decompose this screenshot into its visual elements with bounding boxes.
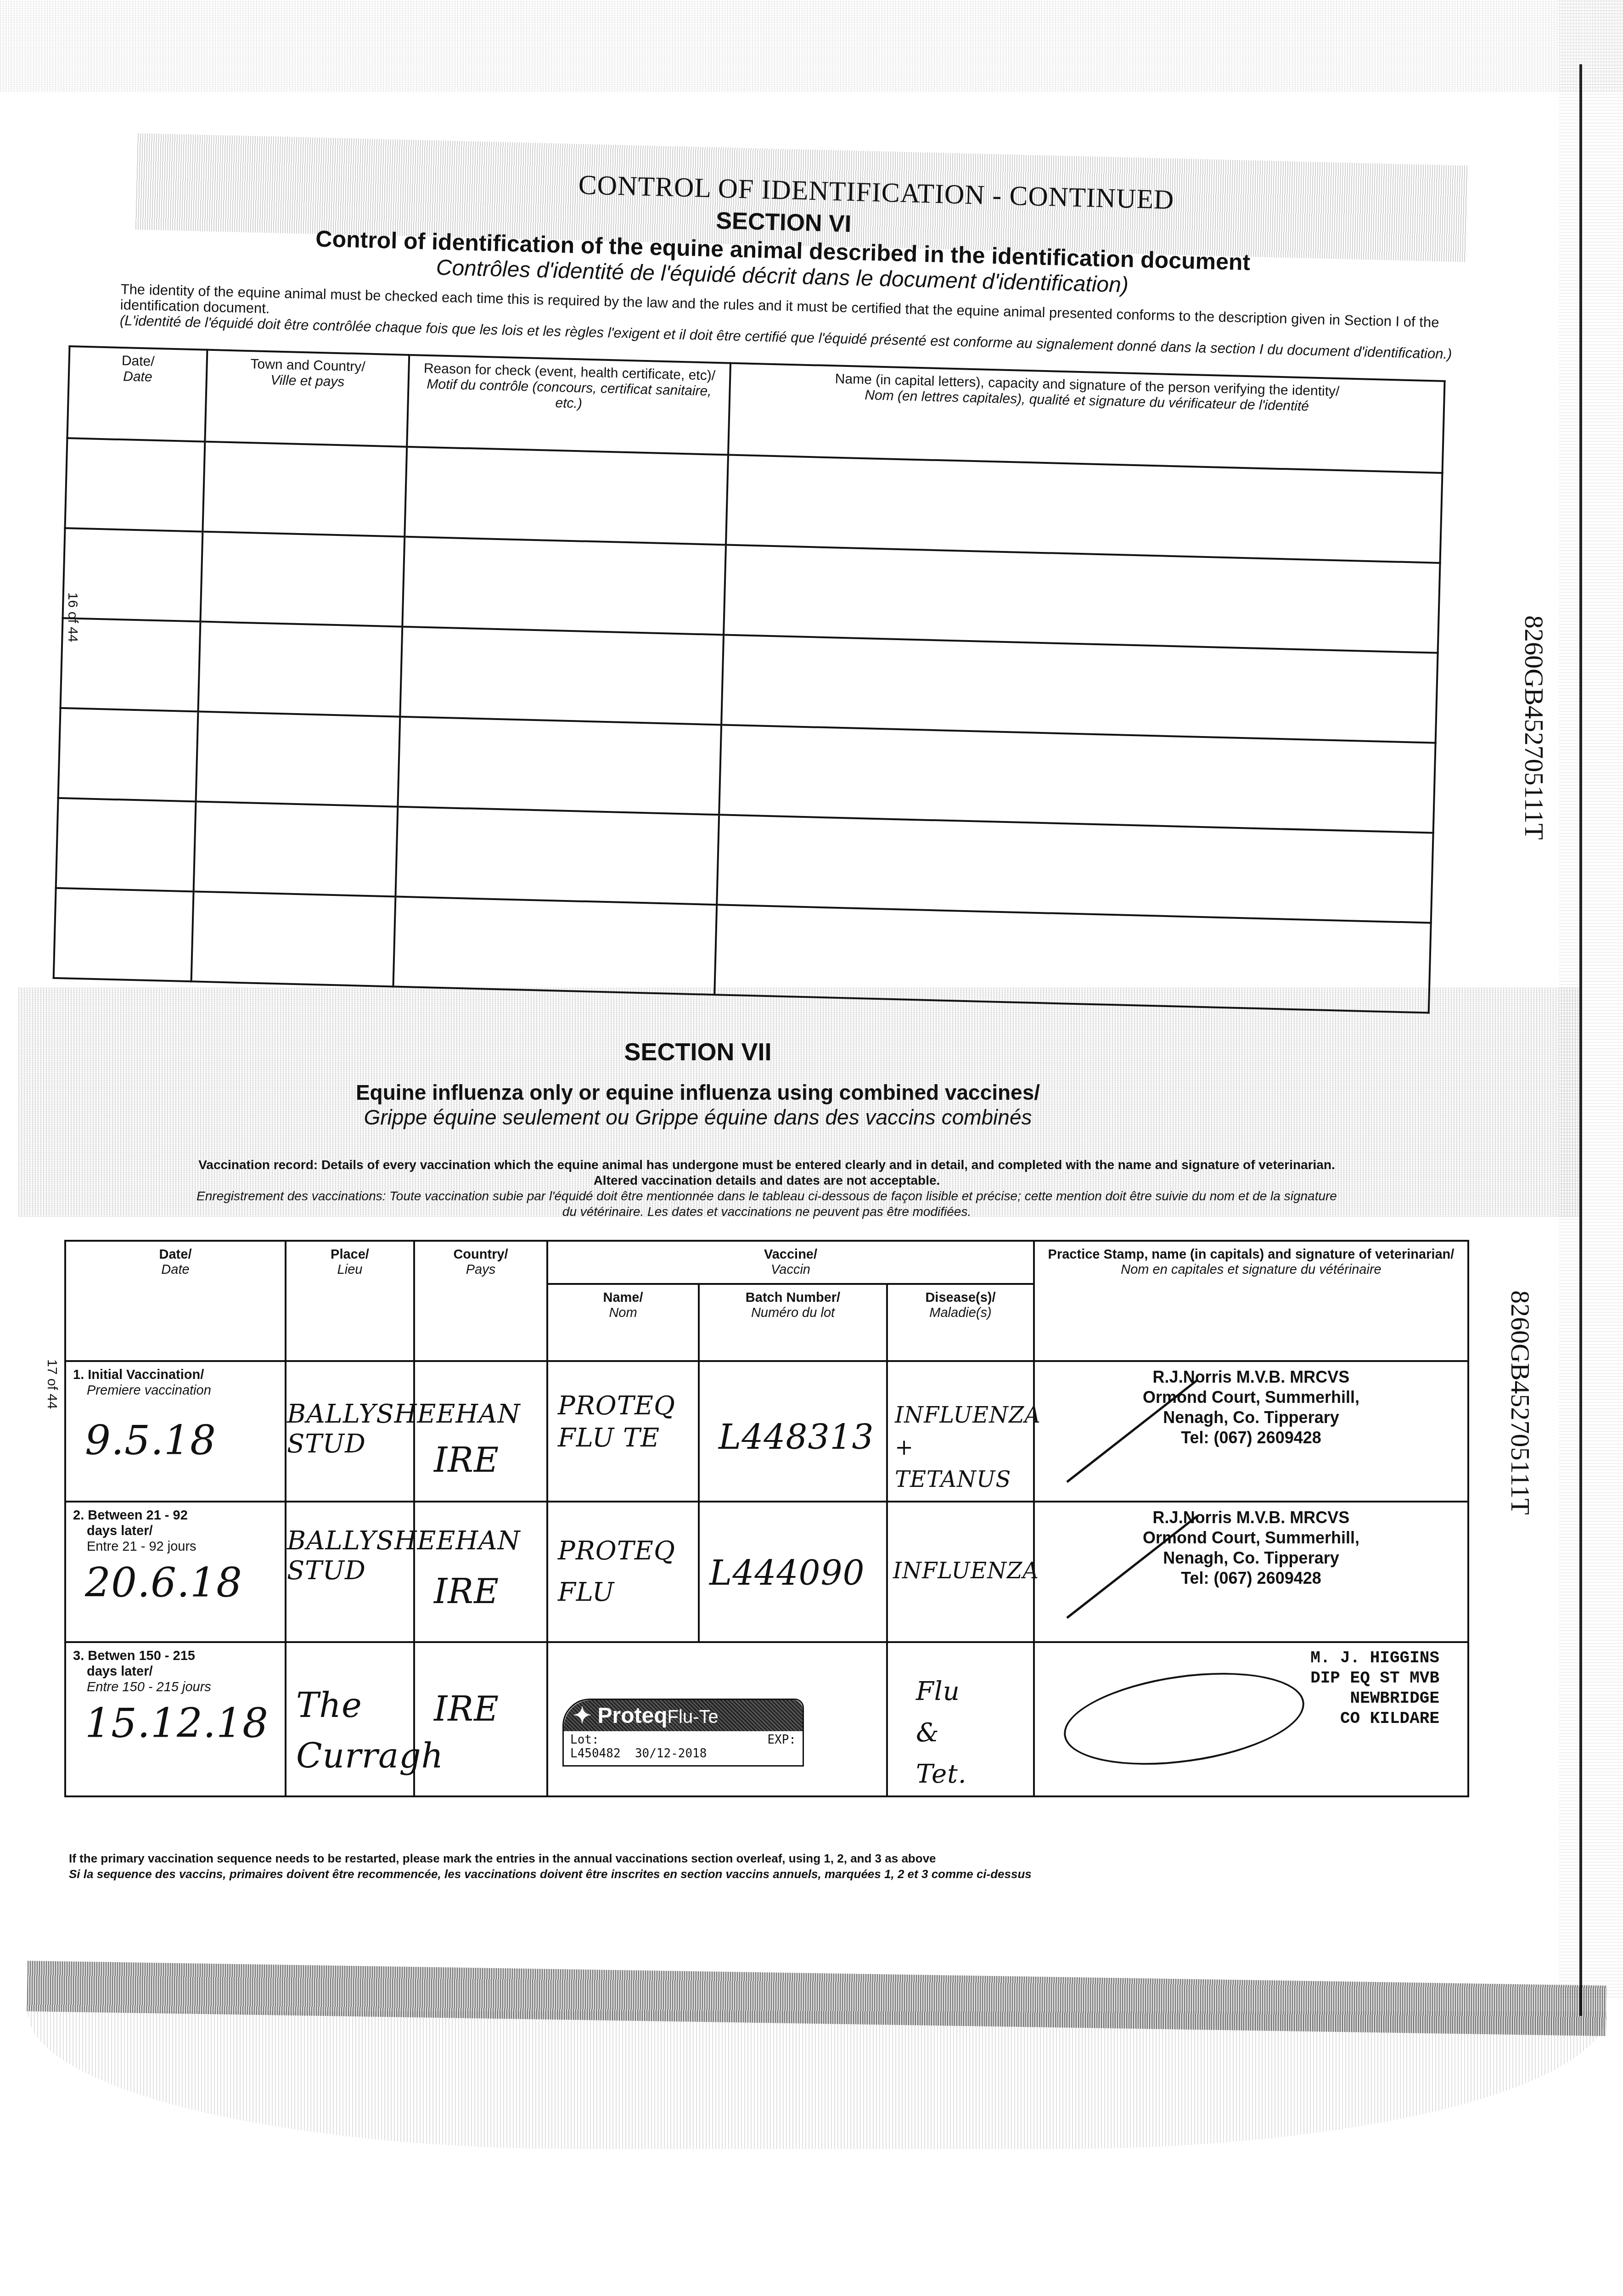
- vet-stamp: M. J. HIGGINS DIP EQ ST MVB NEWBRIDGE CO…: [1035, 1643, 1467, 1729]
- table-row: 2. Between 21 - 92 days later/ Entre 21 …: [65, 1502, 1468, 1642]
- date-cell[interactable]: 3. Betwen 150 - 215 days later/ Entre 15…: [65, 1642, 286, 1796]
- vaccine-sticker: ✦ ProteqFlu-Te Lot:EXP: L450482 30/12-20…: [562, 1699, 804, 1767]
- col-vaccine: Vaccine/Vaccin: [547, 1241, 1034, 1284]
- row-label-fr: Premiere vaccination: [73, 1383, 278, 1398]
- verifier-cell[interactable]: [724, 545, 1440, 653]
- reason-cell[interactable]: [402, 537, 726, 635]
- col-disease: Disease(s)/Maladie(s): [887, 1284, 1034, 1361]
- row-label-fr: Entre 21 - 92 jours: [73, 1539, 278, 1554]
- reason-cell[interactable]: [400, 627, 724, 725]
- row-label-extra: days later/: [73, 1523, 278, 1539]
- footnote-en: If the primary vaccination sequence need…: [69, 1851, 1032, 1866]
- reason-cell[interactable]: [398, 717, 721, 815]
- section-vii: SECTION VII Equine influenza only or equ…: [64, 1038, 1469, 1797]
- date-cell[interactable]: 1. Initial Vaccination/ Premiere vaccina…: [65, 1361, 286, 1502]
- table-row: 3. Betwen 150 - 215 days later/ Entre 15…: [65, 1642, 1468, 1796]
- country-value: IRE: [416, 1503, 546, 1611]
- table-row: 1. Initial Vaccination/ Premiere vaccina…: [65, 1361, 1468, 1502]
- verifier-cell[interactable]: [714, 905, 1431, 1013]
- town-cell[interactable]: [191, 891, 396, 986]
- col-place: Place/Lieu: [286, 1241, 414, 1361]
- batch-cell[interactable]: L444090: [699, 1502, 887, 1642]
- vaccine-product: Flu-Te: [668, 1707, 719, 1727]
- page-number-top: 16 of 44: [65, 592, 80, 642]
- col-country: Country/Pays: [414, 1241, 547, 1361]
- vaccine-name-value: PROTEQ FLU TE: [549, 1362, 697, 1454]
- page-edge: [1579, 64, 1582, 2016]
- date-cell[interactable]: [63, 528, 203, 622]
- verifier-cell[interactable]: [717, 815, 1433, 923]
- stamp-cell: R.J.Norris M.V.B. MRCVS Ormond Court, Su…: [1034, 1502, 1468, 1642]
- place-value: The Curragh: [287, 1643, 413, 1781]
- col-vaccine-name: Name/Nom: [547, 1284, 699, 1361]
- date-cell[interactable]: [54, 888, 194, 982]
- vaccine-lot: L450482: [570, 1747, 621, 1761]
- page-number-bottom: 17 of 44: [44, 1359, 60, 1409]
- vaccine-name-cell[interactable]: PROTEQ FLU: [547, 1502, 699, 1642]
- row-label-extra: days later/: [73, 1664, 278, 1679]
- country-value: IRE: [416, 1643, 546, 1729]
- batch-cell[interactable]: L448313: [699, 1361, 887, 1502]
- col-reason: Reason for check (event, health certific…: [407, 355, 730, 455]
- date-cell[interactable]: [61, 618, 201, 712]
- reason-cell[interactable]: [404, 447, 728, 545]
- date-cell[interactable]: 2. Between 21 - 92 days later/ Entre 21 …: [65, 1502, 286, 1642]
- stamp-cell: M. J. HIGGINS DIP EQ ST MVB NEWBRIDGE CO…: [1034, 1642, 1468, 1796]
- row-label-en: 3. Betwen 150 - 215: [73, 1649, 195, 1663]
- drop-icon: ✦: [573, 1704, 591, 1728]
- side-id-bottom: 8260GB452705111T: [1505, 1290, 1536, 1515]
- vaccine-exp: 30/12-2018: [635, 1747, 707, 1761]
- date-cell[interactable]: [56, 798, 196, 892]
- town-cell[interactable]: [194, 801, 398, 896]
- date-cell[interactable]: [65, 438, 205, 532]
- stamp-cell: R.J.Norris M.V.B. MRCVS Ormond Court, Su…: [1034, 1361, 1468, 1502]
- row-label-fr: Entre 150 - 215 jours: [73, 1679, 278, 1695]
- scan-noise-top: [0, 0, 1623, 92]
- disease-cell[interactable]: INFLUENZA: [887, 1502, 1034, 1642]
- town-cell[interactable]: [198, 622, 402, 717]
- disease-value: Flu & Tet.: [888, 1643, 989, 1795]
- disease-cell[interactable]: INFLUENZA + TETANUS: [887, 1361, 1034, 1502]
- town-cell[interactable]: [196, 712, 400, 807]
- disease-value: INFLUENZA + TETANUS: [888, 1362, 1033, 1496]
- col-practice-stamp: Practice Stamp, name (in capitals) and s…: [1034, 1241, 1468, 1361]
- batch-value: L448313: [700, 1362, 886, 1457]
- vaccination-date: 9.5.18: [67, 1417, 284, 1464]
- row-label-en: 2. Between 21 - 92: [73, 1508, 188, 1523]
- vet-stamp: R.J.Norris M.V.B. MRCVS Ormond Court, Su…: [1035, 1503, 1467, 1588]
- col-town-country: Town and Country/Ville et pays: [205, 350, 409, 447]
- town-cell[interactable]: [202, 442, 407, 537]
- vaccination-intro-en: Vaccination record: Details of every vac…: [64, 1157, 1469, 1188]
- section-vi: CONTROL OF IDENTIFICATION - CONTINUED SE…: [48, 156, 1501, 1015]
- vet-stamp: R.J.Norris M.V.B. MRCVS Ormond Court, Su…: [1035, 1362, 1467, 1448]
- scan-noise-bottom: [28, 2011, 1607, 2149]
- col-date: Date/Date: [65, 1241, 286, 1361]
- footnote: If the primary vaccination sequence need…: [69, 1851, 1032, 1882]
- town-cell[interactable]: [200, 532, 404, 627]
- vaccine-name-value: PROTEQ FLU: [549, 1503, 697, 1613]
- vaccination-date: 20.6.18: [67, 1559, 284, 1606]
- col-date: Date/Date: [67, 346, 207, 442]
- country-cell[interactable]: IRE: [414, 1502, 547, 1642]
- verifier-cell[interactable]: [721, 635, 1438, 743]
- vaccination-date: 15.12.18: [67, 1699, 284, 1747]
- verifier-cell[interactable]: [719, 725, 1435, 833]
- identity-check-table: Date/Date Town and Country/Ville et pays…: [53, 345, 1446, 1013]
- vaccine-label-cell[interactable]: ✦ ProteqFlu-Te Lot:EXP: L450482 30/12-20…: [547, 1642, 887, 1796]
- reason-cell[interactable]: [393, 897, 717, 995]
- place-value: BALLYSHEEHAN STUD: [287, 1503, 413, 1586]
- date-cell[interactable]: [58, 708, 198, 802]
- place-cell[interactable]: BALLYSHEEHAN STUD: [286, 1502, 414, 1642]
- place-value: BALLYSHEEHAN STUD: [287, 1362, 413, 1459]
- vaccination-intro-fr: Enregistrement des vaccinations: Toute v…: [64, 1188, 1469, 1220]
- footnote-fr: Si la sequence des vaccins, primaires do…: [69, 1866, 1032, 1882]
- section-vii-subtitle-en: Equine influenza only or equine influenz…: [0, 1080, 1469, 1105]
- batch-value: L444090: [700, 1503, 886, 1593]
- place-cell[interactable]: The Curragh: [286, 1642, 414, 1796]
- side-id-top: 8260GB452705111T: [1519, 615, 1550, 840]
- verifier-cell[interactable]: [726, 455, 1442, 563]
- col-batch-number: Batch Number/Numéro du lot: [699, 1284, 887, 1361]
- disease-value: INFLUENZA: [888, 1503, 1033, 1584]
- col-verifier: Name (in capital letters), capacity and …: [728, 363, 1445, 473]
- disease-cell[interactable]: Flu & Tet.: [887, 1642, 1034, 1796]
- vaccine-brand: Proteq: [598, 1704, 668, 1728]
- place-cell[interactable]: BALLYSHEEHAN STUD: [286, 1361, 414, 1502]
- vaccination-table: Date/Date Place/Lieu Country/Pays Vaccin…: [64, 1240, 1469, 1797]
- section-vii-title: SECTION VII: [0, 1038, 1469, 1066]
- country-cell[interactable]: IRE: [414, 1361, 547, 1502]
- vaccine-name-cell[interactable]: PROTEQ FLU TE: [547, 1361, 699, 1502]
- section-vii-subtitle-fr: Grippe équine seulement ou Grippe équine…: [0, 1105, 1469, 1130]
- scan-noise-right: [1559, 0, 1623, 1998]
- row-label-en: 1. Initial Vaccination/: [73, 1367, 204, 1382]
- reason-cell[interactable]: [395, 807, 719, 905]
